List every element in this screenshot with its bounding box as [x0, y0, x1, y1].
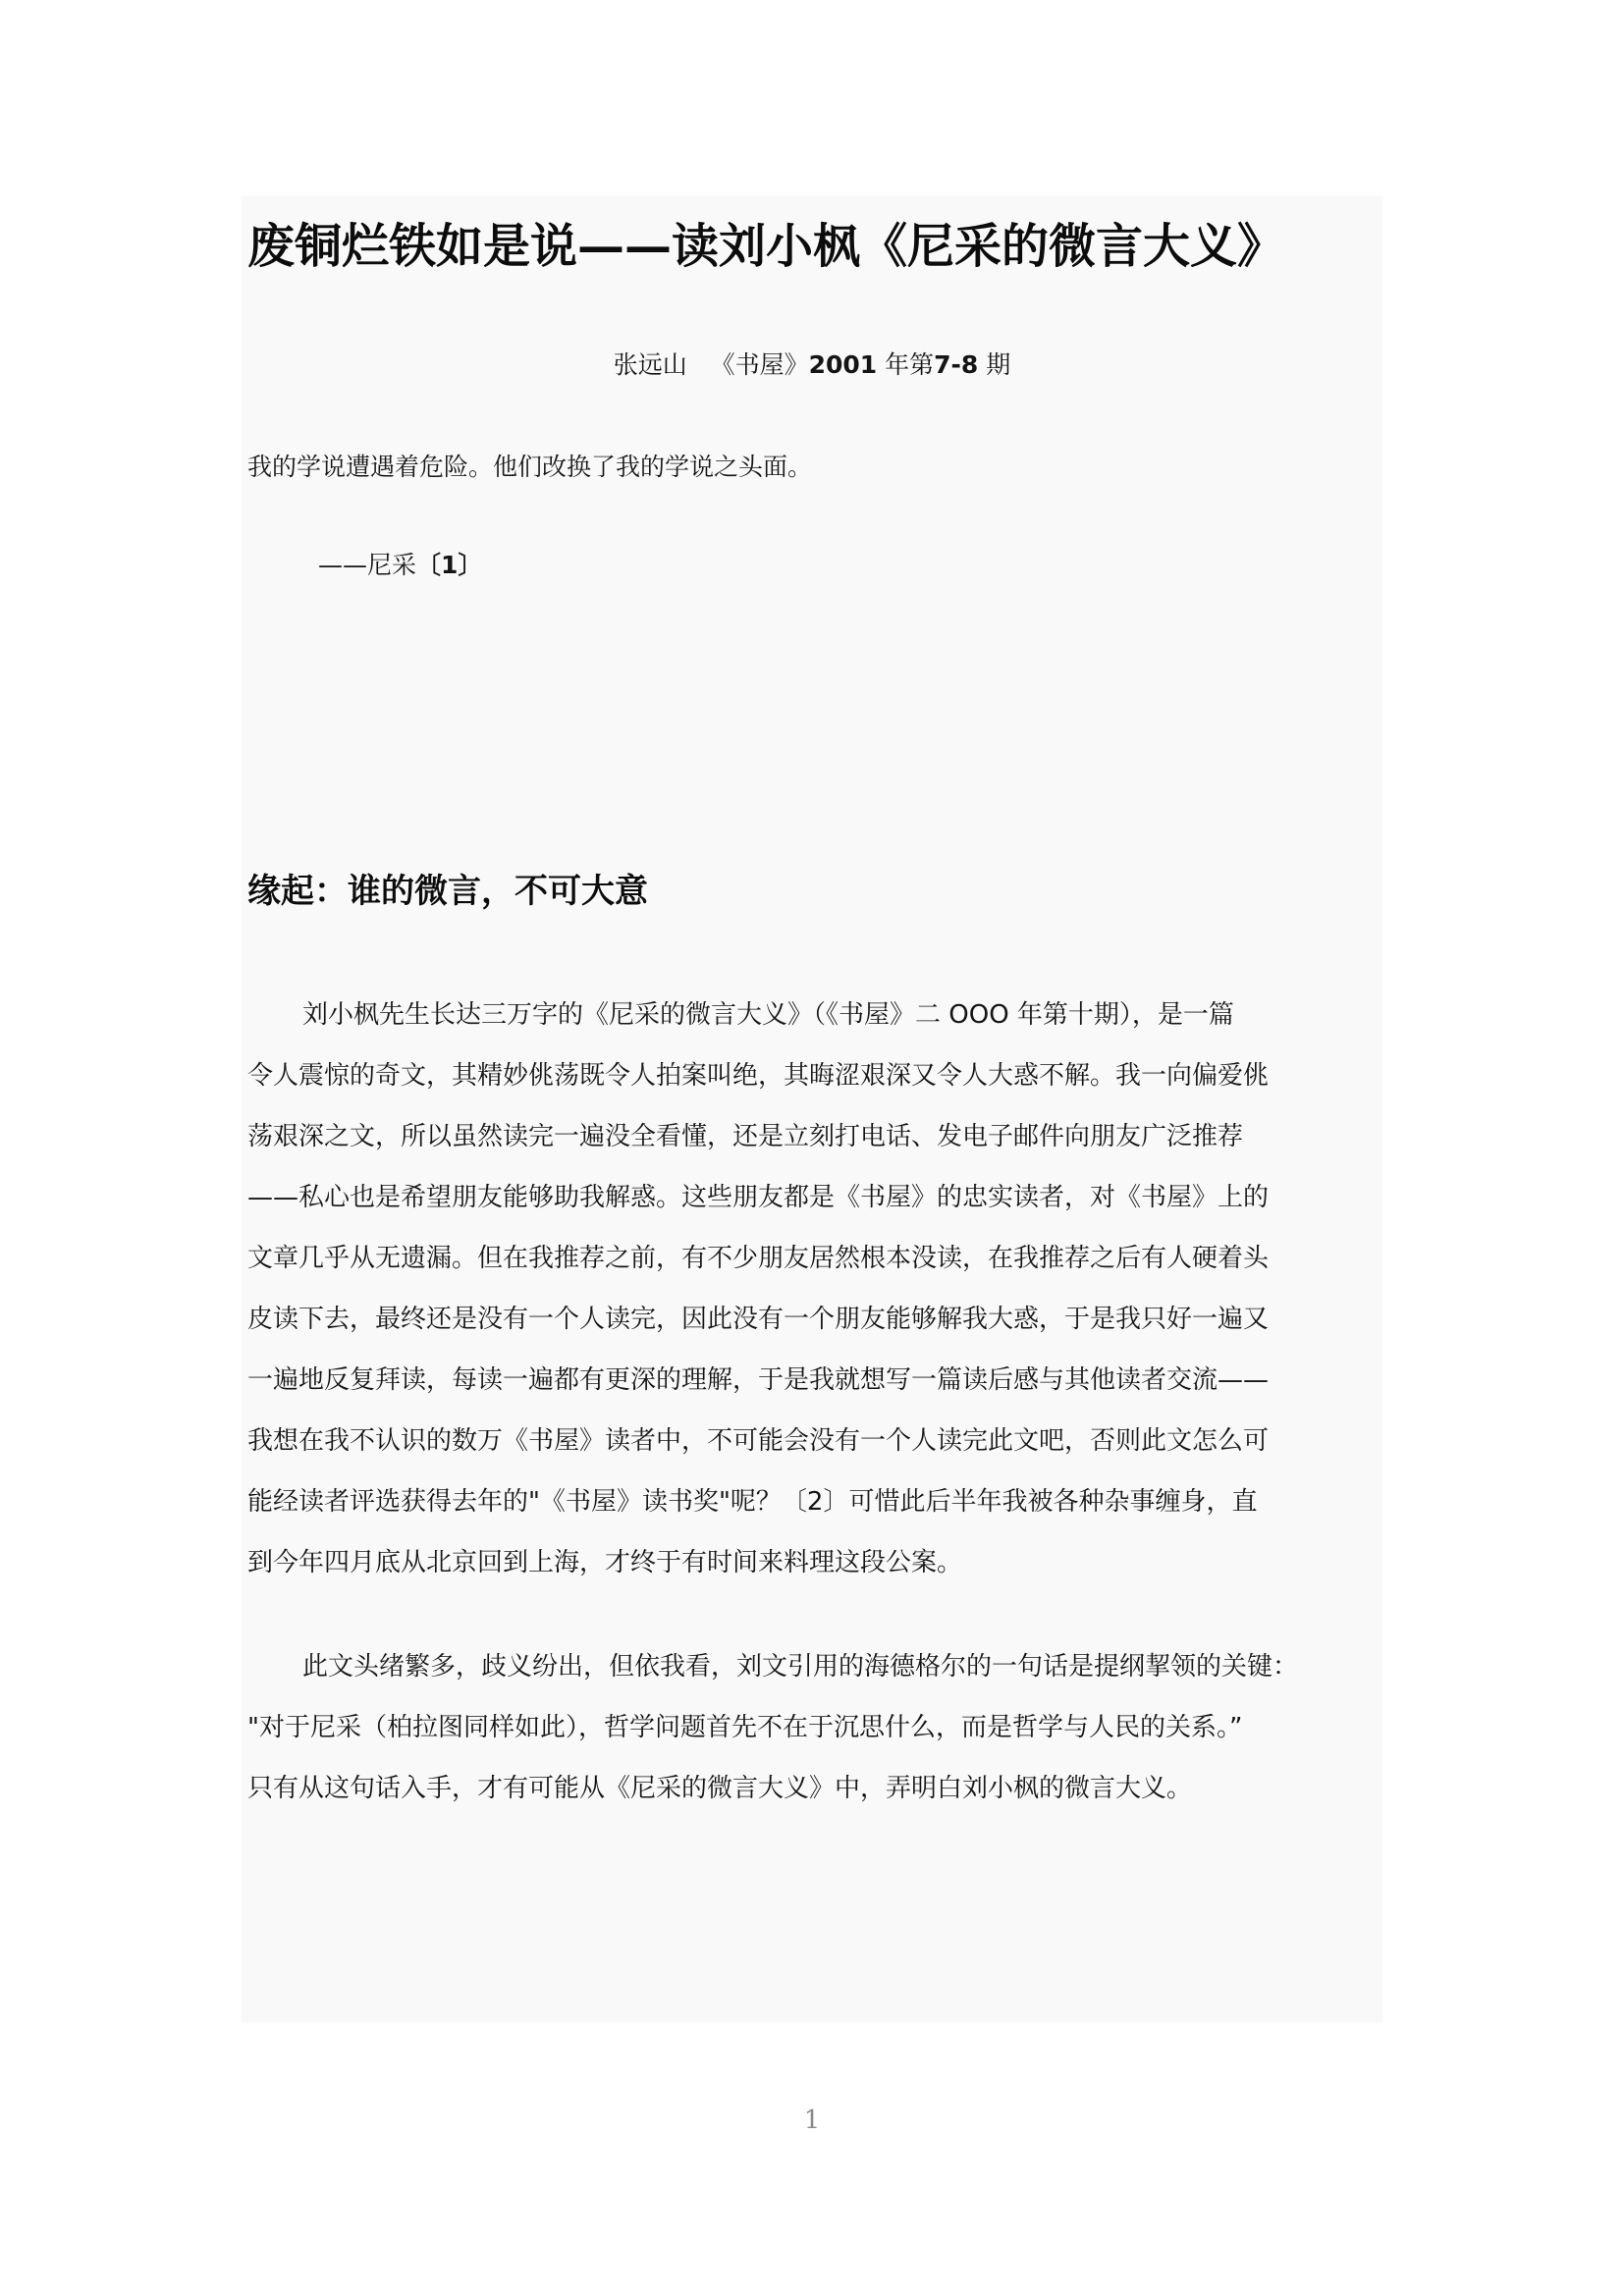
- paragraph-line: 此文头绪繁多，歧义纷出，但依我看，刘文引用的海德格尔的一句话是提纲挈领的关键：: [247, 1636, 1386, 1697]
- year-suffix: 年第: [885, 350, 934, 379]
- byline: 张远山 《书屋》2001 年第7-8 期: [0, 346, 1624, 381]
- paragraph-line: ——私心也是希望朋友能够助我解惑。这些朋友都是《书屋》的忠实读者，对《书屋》上的: [247, 1167, 1386, 1228]
- footnote-ref-1[interactable]: 〔1〕: [416, 551, 482, 579]
- page-number: 1: [0, 2106, 1624, 2135]
- paragraph-1: 刘小枫先生长达三万字的《尼采的微言大义》（《书屋》二 OOO 年第十期），是一篇…: [247, 985, 1386, 1593]
- paragraph-line: 刘小枫先生长达三万字的《尼采的微言大义》（《书屋》二 OOO 年第十期），是一篇: [247, 985, 1386, 1045]
- paragraph-line: 文章几乎从无遗漏。但在我推荐之前，有不少朋友居然根本没读，在我推荐之后有人硬着头: [247, 1228, 1386, 1289]
- paragraph-line: 皮读下去，最终还是没有一个人读完，因此没有一个朋友能够解我大惑，于是我只好一遍又: [247, 1289, 1386, 1350]
- publication-year: 2001: [809, 350, 878, 379]
- paragraph-line: 到今年四月底从北京回到上海，才终于有时间来料理这段公案。: [247, 1532, 1386, 1593]
- paragraph-line: 能经读者评选获得去年的"《书屋》读书奖"呢？〔2〕可惜此后半年我被各种杂事缠身，…: [247, 1471, 1386, 1532]
- issue-suffix: 期: [986, 350, 1010, 379]
- document-title: 废铜烂铁如是说——读刘小枫《尼采的微言大义》: [247, 208, 1284, 276]
- epigraph-attribution: ——尼采〔1〕: [318, 546, 482, 581]
- publication-name: 《书屋》: [711, 350, 809, 379]
- epigraph-text: 我的学说遭遇着危险。他们改换了我的学说之头面。: [247, 448, 812, 483]
- paragraph-line: 一遍地反复拜读，每读一遍都有更深的理解，于是我就想写一篇读后感与其他读者交流——: [247, 1350, 1386, 1411]
- attribution-author: ——尼采: [318, 551, 416, 579]
- paragraph-line: 只有从这句话入手，才有可能从《尼采的微言大义》中，弄明白刘小枫的微言大义。: [247, 1758, 1386, 1819]
- section-heading: 缘起：谁的微言，不可大意: [247, 864, 648, 912]
- paragraph-line: 荡艰深之文，所以虽然读完一遍没全看懂，还是立刻打电话、发电子邮件向朋友广泛推荐: [247, 1106, 1386, 1167]
- paragraph-line: "对于尼采（柏拉图同样如此），哲学问题首先不在于沉思什么，而是哲学与人民的关系。…: [247, 1697, 1386, 1758]
- author-name: 张远山: [614, 350, 687, 379]
- paragraph-line: 我想在我不认识的数万《书屋》读者中，不可能会没有一个人读完此文吧，否则此文怎么可: [247, 1411, 1386, 1471]
- paragraph-line: 令人震惊的奇文，其精妙佻荡既令人拍案叫绝，其晦涩艰深又令人大惑不解。我一向偏爱佻: [247, 1045, 1386, 1106]
- paragraph-2: 此文头绪繁多，歧义纷出，但依我看，刘文引用的海德格尔的一句话是提纲挈领的关键： …: [247, 1636, 1386, 1819]
- issue-number: 7-8: [934, 350, 978, 379]
